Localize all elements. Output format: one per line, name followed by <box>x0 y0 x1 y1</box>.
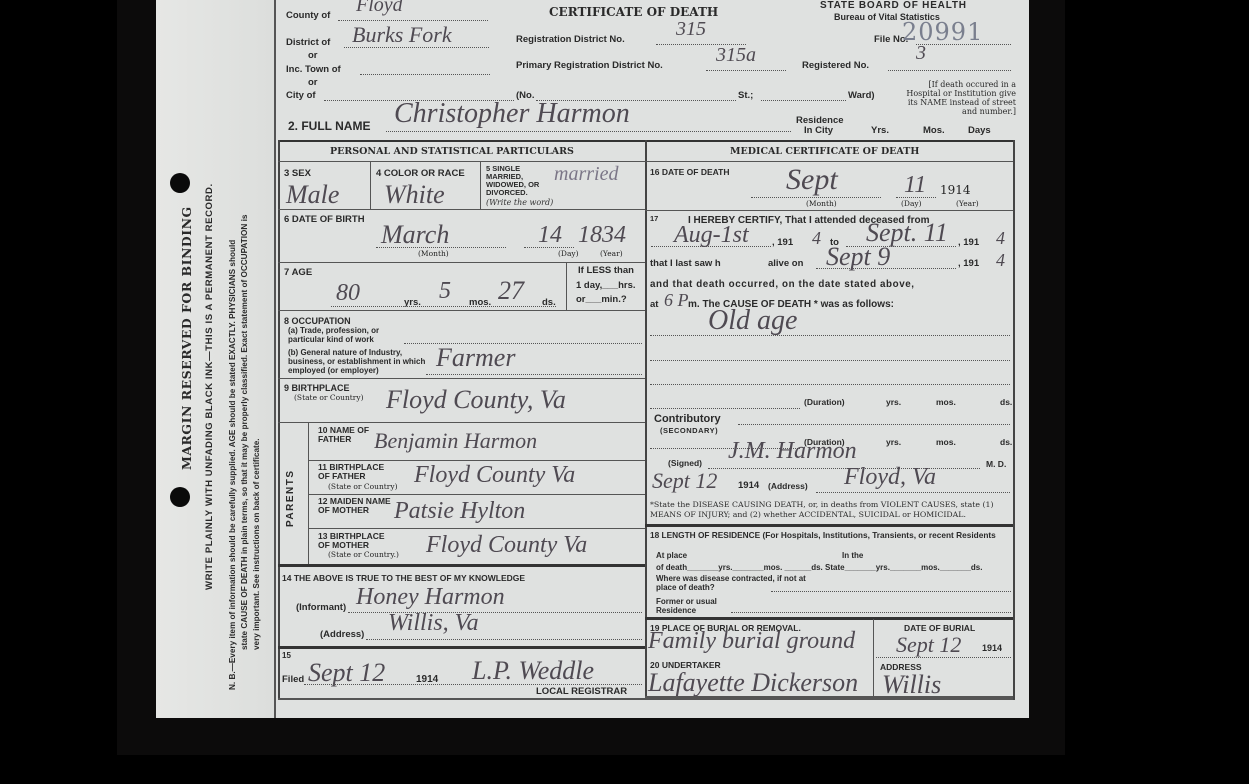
full-name-value: Christopher Harmon <box>394 98 630 130</box>
mos-label: mos. <box>936 397 956 407</box>
burial-place-value: Family burial ground <box>648 628 855 655</box>
county-label: County of <box>286 10 330 21</box>
marital-value: married <box>554 163 618 186</box>
parents-label: PARENTS <box>285 469 296 527</box>
filed-number: 15 <box>282 651 291 660</box>
registered-no-value: 3 <box>916 42 926 65</box>
primary-reg-label: Primary Registration District No. <box>516 60 663 71</box>
day-caption: (Day) <box>558 249 579 258</box>
dob-label: 6 DATE OF BIRTH <box>284 214 365 225</box>
filed-label: Filed <box>282 674 304 685</box>
or-label: or <box>308 77 318 88</box>
father-birthplace-value: Floyd County Va <box>414 462 575 489</box>
burial-year: 1914 <box>982 643 1002 653</box>
signed-date: Sept 12 <box>652 468 717 494</box>
at-place-label: At place <box>656 551 687 560</box>
informant-label: (Informant) <box>296 602 346 613</box>
hospital-note: [If death occured in a Hospital or Insti… <box>906 80 1016 116</box>
age-years: 80 <box>336 280 360 307</box>
reg-district-label: Registration District No. <box>516 34 625 45</box>
occupation-b-label: (b) General nature of Industry, business… <box>288 348 438 375</box>
yrs-label: Yrs. <box>871 125 889 136</box>
or-label: or <box>308 50 318 61</box>
knowledge-label: 14 THE ABOVE IS TRUE TO THE BEST OF MY K… <box>282 573 525 583</box>
cause-footnote: *State the DISEASE CAUSING DEATH, or, in… <box>650 500 1012 519</box>
certificate-form: County of Floyd District of Burks Fork o… <box>276 0 1029 718</box>
dod-label: 16 DATE OF DEATH <box>650 167 730 177</box>
occurred-text: and that death occurred, on the date sta… <box>650 279 915 290</box>
mother-name-value: Patsie Hylton <box>394 498 525 525</box>
signed-year: 1914 <box>738 480 759 491</box>
in-city-label: In City <box>804 125 833 136</box>
last-saw-year: 4 <box>996 250 1005 271</box>
month-caption: (Month) <box>418 249 449 258</box>
attended-from-year: 4 <box>812 228 821 249</box>
margin-reserved-text: MARGIN RESERVED FOR BINDING <box>179 206 194 470</box>
city-label: City of <box>286 90 316 101</box>
ink-notice: WRITE PLAINLY WITH UNFADING BLACK INK—TH… <box>204 183 215 590</box>
dod-day: 11 <box>904 172 926 199</box>
father-name-value: Benjamin Harmon <box>374 428 537 454</box>
occupation-label: 8 OCCUPATION <box>284 316 351 326</box>
dod-month: Sept <box>786 163 838 197</box>
dob-month: March <box>381 220 449 250</box>
year-caption: (Year) <box>600 249 623 258</box>
birthplace-sub: (State or Country) <box>294 393 364 402</box>
physician-signature: J.M. Harmon <box>728 438 857 465</box>
occupation-a-label: (a) Trade, profession, or particular kin… <box>288 327 408 344</box>
mother-birthplace-value: Floyd County Va <box>426 532 587 559</box>
days-label: Days <box>968 125 991 136</box>
in-the-label: In the <box>842 551 863 560</box>
ward-label: Ward) <box>848 90 875 101</box>
medical-section-title: MEDICAL CERTIFICATE OF DEATH <box>730 146 919 157</box>
race-value: White <box>384 180 445 210</box>
month-caption: (Month) <box>806 199 837 208</box>
informant-value: Honey Harmon <box>356 584 505 611</box>
contributory-label: Contributory <box>654 413 721 425</box>
yrs-label: yrs. <box>886 397 901 407</box>
birthplace-label: 9 BIRTHPLACE <box>284 383 350 393</box>
binding-margin: MARGIN RESERVED FOR BINDING WRITE PLAINL… <box>156 0 276 718</box>
mos-label: mos. <box>936 437 956 447</box>
birthplace-value: Floyd County, Va <box>386 385 566 415</box>
md-label: M. D. <box>986 459 1006 469</box>
punch-hole <box>170 487 190 507</box>
certificate-title: CERTIFICATE OF DEATH <box>549 5 718 19</box>
district-value: Burks Fork <box>352 22 452 48</box>
county-value: Floyd <box>356 0 403 17</box>
marital-note: (Write the word) <box>486 198 553 207</box>
race-label: 4 COLOR OR RACE <box>376 168 465 179</box>
state-board: STATE BOARD OF HEALTH <box>820 0 967 11</box>
age-label: 7 AGE <box>284 267 312 278</box>
street-label: St.; <box>738 90 753 101</box>
mother-birthplace-sub: (State or Country.) <box>328 550 399 559</box>
age-days: 27 <box>498 276 524 306</box>
dob-day: 14 <box>538 222 562 249</box>
attended-from-date: Aug-1st <box>674 222 749 249</box>
death-certificate: MARGIN RESERVED FOR BINDING WRITE PLAINL… <box>156 0 1029 718</box>
duration-label: (Duration) <box>804 397 845 407</box>
mos-label: Mos. <box>923 125 945 136</box>
undertaker-value: Lafayette Dickerson <box>648 668 858 698</box>
town-label: Inc. Town of <box>286 64 341 75</box>
nb-note-line1: N. B.—Every item of information should b… <box>228 240 237 690</box>
registrar-signature: L.P. Weddle <box>472 656 594 686</box>
year-caption: (Year) <box>956 199 979 208</box>
personal-section-title: PERSONAL AND STATISTICAL PARTICULARS <box>330 146 574 157</box>
occupation-value: Farmer <box>436 343 515 373</box>
residence-fields: of death_______yrs._______mos. ______ds.… <box>656 563 982 572</box>
hours-label: 1 day,___hrs. <box>576 280 636 291</box>
ds-label: ds. <box>1000 397 1012 407</box>
physician-address-value: Floyd, Va <box>844 464 936 491</box>
secondary-label: (SECONDARY) <box>660 426 718 435</box>
dob-year: 1834 <box>578 222 626 249</box>
sex-label: 3 SEX <box>284 168 311 179</box>
local-registrar-label: LOCAL REGISTRAR <box>536 686 627 697</box>
sex-value: Male <box>286 180 339 210</box>
mother-name-label: 12 MAIDEN NAME OF MOTHER <box>318 497 398 515</box>
yrs-label: yrs. <box>886 437 901 447</box>
informant-address-label: (Address) <box>320 629 364 640</box>
father-birthplace-sub: (State or Country) <box>328 482 398 491</box>
reg-district-value: 315 <box>676 18 706 41</box>
full-name-label: 2. FULL NAME <box>288 119 370 133</box>
nb-note-line2: state CAUSE OF DEATH in plain terms, so … <box>240 215 249 650</box>
father-birthplace-label: 11 BIRTHPLACE OF FATHER <box>318 463 398 481</box>
district-label: District of <box>286 37 330 48</box>
contracted-label: Where was disease contracted, if not at … <box>656 574 806 592</box>
year-prefix: , 191 <box>958 258 979 269</box>
year-prefix: , 191 <box>772 237 793 248</box>
alive-on-label: alive on <box>768 258 803 269</box>
burial-date-value: Sept 12 <box>896 632 961 658</box>
length-of-residence-label: 18 LENGTH OF RESIDENCE (For Hospitals, I… <box>650 531 1010 540</box>
punch-hole <box>170 173 190 193</box>
nb-note-line3: very important. See instructions on back… <box>252 438 261 650</box>
last-saw-date: Sept 9 <box>826 242 890 272</box>
attended-to-year: 4 <box>996 228 1005 249</box>
physician-address-label: (Address) <box>768 481 808 491</box>
last-saw-label: that I last saw h <box>650 258 721 269</box>
time-of-death: 6 P <box>664 290 689 311</box>
dod-year: 1914 <box>940 183 971 197</box>
registered-no-label: Registered No. <box>802 60 869 71</box>
cause-value: Old age <box>708 305 797 337</box>
year-prefix: , 191 <box>958 237 979 248</box>
mother-birthplace-label: 13 BIRTHPLACE OF MOTHER <box>318 532 398 550</box>
at-label: at <box>650 299 658 310</box>
signed-label: (Signed) <box>668 458 702 468</box>
age-months: 5 <box>439 278 451 305</box>
less-than-label: If LESS than <box>578 265 634 276</box>
primary-reg-value: 315a <box>716 44 756 67</box>
day-caption: (Day) <box>901 199 922 208</box>
file-no-value: 20991 <box>902 18 983 46</box>
certify-number: 17 <box>650 214 658 223</box>
minutes-label: or___min.? <box>576 294 627 305</box>
ds-label: ds. <box>1000 437 1012 447</box>
informant-address-value: Willis, Va <box>388 610 479 637</box>
marital-label: 5 SINGLE MARRIED, WIDOWED, OR DIVORCED. <box>486 165 546 197</box>
